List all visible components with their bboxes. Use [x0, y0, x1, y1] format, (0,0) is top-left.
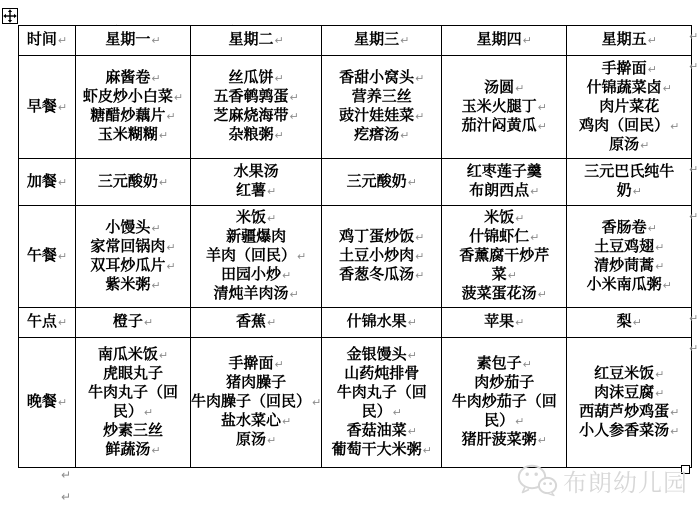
paragraph-mark-icon: ↵ — [538, 288, 547, 301]
menu-cell: 红枣莲子羹布朗西点↵ — [442, 159, 567, 206]
paragraph-mark-icon: ↵ — [275, 72, 284, 85]
paragraph-mark-icon: ↵ — [523, 34, 532, 47]
menu-row: 早餐↵麻酱卷↵虾皮炒小白菜↵糖醋炒藕片↵玉米糊糊↵丝瓜饼↵五香鹌鹑蛋↵芝麻烧海带… — [19, 56, 692, 159]
paragraph-mark-icon: ↵ — [166, 241, 175, 254]
menu-text: 麻酱卷 — [105, 70, 150, 86]
watermark-text: 布朗幼儿园 — [563, 463, 688, 498]
menu-text: 星期四 — [477, 32, 522, 48]
menu-text: 西葫芦炒鸡蛋 — [579, 404, 669, 420]
wechat-icon — [516, 464, 558, 498]
paragraph-mark-icon: ↵ — [166, 260, 175, 273]
paragraph-mark-icon: ↵ — [58, 101, 67, 114]
menu-text: 肉炒茄子 — [474, 375, 534, 391]
paragraph-mark-icon: ↵ — [670, 406, 679, 419]
menu-text: 田园小炒 — [221, 267, 281, 283]
paragraph-mark-icon: ↵ — [408, 316, 417, 329]
menu-text: 香菇油菜 — [347, 423, 407, 439]
menu-cell: 香甜小窝头↵营养三丝豉汁娃娃菜↵疙瘩汤↵ — [322, 56, 442, 159]
menu-cell: 什锦水果↵ — [322, 308, 442, 338]
paragraph-mark-icon: ↵ — [151, 72, 160, 85]
paragraph-mark-icon: ↵ — [515, 82, 524, 95]
paragraph-mark-icon: ↵ — [648, 34, 657, 47]
paragraph-mark-icon: ↵ — [290, 91, 299, 104]
paragraph-mark-icon: ↵ — [312, 396, 321, 409]
paragraph-mark-icon: ↵ — [648, 63, 657, 76]
menu-text: 梨 — [617, 314, 632, 330]
paragraph-mark-icon: ↵ — [633, 185, 642, 198]
paragraph-mark-icon: ↵ — [151, 279, 160, 292]
menu-text: 香肠卷 — [602, 220, 647, 236]
paragraph-mark-icon: ↵ — [58, 176, 67, 189]
paragraph-mark-icon: ↵ — [393, 406, 402, 419]
row-end-mark-icon: ↵ — [689, 342, 697, 355]
menu-text: 晚餐 — [27, 394, 57, 410]
menu-text: 清炖羊肉汤 — [214, 286, 289, 302]
paragraph-mark-icon: ↵ — [58, 250, 67, 263]
menu-text: 虎眼丸子 — [103, 366, 163, 382]
paragraph-mark-icon: ↵ — [144, 316, 153, 329]
menu-text: 小米南瓜粥 — [587, 277, 662, 293]
menu-text: 葡萄干大米粥 — [332, 442, 422, 458]
paragraph-mark-icon: ↵ — [415, 269, 424, 282]
menu-text: 牛肉丸子（回 — [337, 385, 427, 401]
menu-text: 汤圆 — [484, 80, 514, 96]
menu-text: 橙子 — [113, 314, 143, 330]
paragraph-mark-icon: ↵ — [523, 358, 532, 371]
menu-cell: 汤圆↵玉米火腿丁↵茄汁闷黄瓜↵ — [442, 56, 567, 159]
menu-text: 山药炖排骨 — [344, 366, 419, 382]
menu-text: 什锦虾仁 — [469, 229, 529, 245]
paragraph-mark-icon: ↵ — [663, 279, 672, 292]
menu-text: 红薯 — [236, 183, 266, 199]
paragraph-mark-icon: ↵ — [400, 34, 409, 47]
paragraph-mark-icon: ↵ — [670, 425, 679, 438]
menu-text: 清炒茼蒿 — [594, 258, 654, 274]
menu-text: 什锦水果 — [347, 314, 407, 330]
menu-text: 鸡肉（回民） — [579, 118, 669, 134]
paragraph-mark-icon: ↵ — [655, 260, 664, 273]
paragraph-mark-icon: ↵ — [648, 222, 657, 235]
menu-text: 家常回锅肉 — [90, 239, 165, 255]
paragraph-mark-icon: ↵ — [61, 490, 71, 504]
table-move-handle-icon[interactable] — [2, 8, 18, 24]
paragraph-mark-icon: ↵ — [670, 120, 679, 133]
menu-text: 三元酸奶 — [98, 174, 158, 190]
menu-text: 香蕉 — [236, 314, 266, 330]
menu-text: 营养三丝 — [352, 89, 412, 105]
menu-cell: 南瓜米饭↵虎眼丸子牛肉丸子（回民）↵炒素三丝鲜蔬汤↵ — [76, 338, 191, 468]
menu-table-head: 时间↵星期一↵星期二↵星期三↵星期四↵星期五↵ — [19, 26, 692, 56]
menu-text: 三元酸奶 — [347, 174, 407, 190]
menu-row: 加餐↵三元酸奶↵水果汤红薯↵三元酸奶↵红枣莲子羹布朗西点↵三元巴氏纯牛奶↵ — [19, 159, 692, 206]
menu-text: 米饭 — [484, 210, 514, 226]
menu-cell: 麻酱卷↵虾皮炒小白菜↵糖醋炒藕片↵玉米糊糊↵ — [76, 56, 191, 159]
menu-row: 午餐↵小馒头↵家常回锅肉↵双耳炒瓜片↵紫米粥↵米饭↵新疆爆肉羊肉（回民）↵田园小… — [19, 206, 692, 308]
row-label: 早餐↵ — [19, 56, 76, 159]
menu-text: 午点 — [27, 314, 57, 330]
menu-text: 虾皮炒小白菜 — [83, 89, 173, 105]
menu-cell: 橙子↵ — [76, 308, 191, 338]
paragraph-mark-icon: ↵ — [275, 129, 284, 142]
menu-text: 时间 — [27, 32, 57, 48]
paragraph-mark-icon: ↵ — [58, 396, 67, 409]
row-end-mark-icon: ↵ — [689, 210, 697, 223]
menu-text: 牛肉炒茄子（回 — [452, 394, 557, 410]
row-end-mark-icon: ↵ — [689, 312, 697, 325]
paragraph-mark-icon: ↵ — [408, 349, 417, 362]
paragraph-mark-icon: ↵ — [275, 358, 284, 371]
menu-cell: 素包子↵肉炒茄子牛肉炒茄子（回民）↵猪肝菠菜粥↵ — [442, 338, 567, 468]
paragraph-mark-icon: ↵ — [166, 110, 175, 123]
menu-text: 金银馒头 — [347, 347, 407, 363]
paragraph-mark-icon: ↵ — [159, 176, 168, 189]
menu-cell: 手擀面↵猪肉臊子牛肉臊子（回民）↵盐水菜心↵原汤↵ — [191, 338, 322, 468]
paragraph-mark-icon: ↵ — [400, 129, 409, 142]
menu-text: 小人参香菜汤 — [579, 423, 669, 439]
menu-text: 肉片菜花 — [599, 99, 659, 115]
paragraph-mark-icon: ↵ — [174, 91, 183, 104]
column-header-time: 时间↵ — [19, 26, 76, 56]
menu-text: 素包子 — [477, 356, 522, 372]
column-header-day: 星期三↵ — [322, 26, 442, 56]
menu-text: 小馒头 — [105, 220, 150, 236]
menu-cell: 梨↵ — [567, 308, 692, 338]
menu-text: 猪肝菠菜粥 — [462, 432, 537, 448]
paragraph-mark-icon: ↵ — [655, 241, 664, 254]
paragraph-mark-icon: ↵ — [530, 231, 539, 244]
menu-text: 双耳炒瓜片 — [90, 258, 165, 274]
paragraph-mark-icon: ↵ — [538, 101, 547, 114]
paragraph-mark-icon: ↵ — [655, 368, 664, 381]
menu-text: 民） — [362, 404, 392, 420]
menu-cell: 小馒头↵家常回锅肉↵双耳炒瓜片↵紫米粥↵ — [76, 206, 191, 308]
paragraph-mark-icon: ↵ — [61, 468, 71, 482]
menu-row: 晚餐↵南瓜米饭↵虎眼丸子牛肉丸子（回民）↵炒素三丝鲜蔬汤↵手擀面↵猪肉臊子牛肉臊… — [19, 338, 692, 468]
menu-text: 苹果 — [484, 314, 514, 330]
menu-text: 炒素三丝 — [103, 423, 163, 439]
menu-text: 牛肉臊子（回民） — [191, 394, 311, 410]
paragraph-mark-icon: ↵ — [297, 250, 306, 263]
menu-text: 鸡丁蛋炒饭 — [339, 229, 414, 245]
row-end-mark-icon: ↵ — [689, 30, 697, 43]
paragraph-mark-icon: ↵ — [151, 34, 160, 47]
menu-text: 民） — [484, 413, 514, 429]
paragraph-mark-icon: ↵ — [633, 316, 642, 329]
menu-text: 猪肉臊子 — [226, 375, 286, 391]
column-header-day: 星期四↵ — [442, 26, 567, 56]
menu-text: 香甜小窝头 — [339, 70, 414, 86]
column-header-day: 星期五↵ — [567, 26, 692, 56]
menu-text: 羊肉（回民） — [206, 248, 296, 264]
menu-text: 茄汁闷黄瓜 — [462, 118, 537, 134]
menu-text: 午餐 — [27, 248, 57, 264]
menu-text: 五香鹌鹑蛋 — [214, 89, 289, 105]
menu-text: 三元巴氏纯牛 — [584, 164, 674, 180]
menu-cell: 香蕉↵ — [191, 308, 322, 338]
header-row: 时间↵星期一↵星期二↵星期三↵星期四↵星期五↵ — [19, 26, 692, 56]
menu-text: 新疆爆肉 — [226, 229, 286, 245]
menu-text: 民） — [113, 404, 143, 420]
menu-text: 肉沫豆腐 — [594, 385, 654, 401]
menu-text: 杂粮粥 — [229, 127, 274, 143]
paragraph-mark-icon: ↵ — [538, 434, 547, 447]
paragraph-mark-icon: ↵ — [415, 72, 424, 85]
paragraph-mark-icon: ↵ — [515, 316, 524, 329]
menu-text: 红豆米饭 — [594, 366, 654, 382]
menu-cell: 米饭↵新疆爆肉羊肉（回民）↵田园小炒↵清炖羊肉汤↵ — [191, 206, 322, 308]
paragraph-mark-icon: ↵ — [159, 129, 168, 142]
row-end-mark-icon: ↵ — [689, 163, 697, 176]
menu-text: 玉米火腿丁 — [462, 99, 537, 115]
row-label: 午餐↵ — [19, 206, 76, 308]
menu-text: 星期二 — [229, 32, 274, 48]
menu-cell: 鸡丁蛋炒饭↵土豆小炒肉↵香葱冬瓜汤↵ — [322, 206, 442, 308]
menu-text: 早餐 — [27, 99, 57, 115]
menu-cell: 米饭↵什锦虾仁↵香薰腐干炒芹菜↵菠菜蛋花汤↵ — [442, 206, 567, 308]
paragraph-mark-icon: ↵ — [151, 222, 160, 235]
menu-text: 米饭 — [236, 210, 266, 226]
paragraph-mark-icon: ↵ — [415, 250, 424, 263]
watermark: 布朗幼儿园 — [516, 463, 688, 498]
menu-text: 土豆小炒肉 — [339, 248, 414, 264]
paragraph-mark-icon: ↵ — [267, 434, 276, 447]
row-label: 晚餐↵ — [19, 338, 76, 468]
paragraph-mark-icon: ↵ — [282, 269, 291, 282]
menu-cell: 苹果↵ — [442, 308, 567, 338]
menu-row: 午点↵橙子↵香蕉↵什锦水果↵苹果↵梨↵ — [19, 308, 692, 338]
paragraph-mark-icon: ↵ — [415, 110, 424, 123]
menu-text: 牛肉丸子（回 — [88, 385, 178, 401]
menu-text: 盐水菜心 — [221, 413, 281, 429]
menu-text: 原汤 — [236, 432, 266, 448]
paragraph-mark-icon: ↵ — [508, 269, 517, 282]
paragraph-mark-icon: ↵ — [290, 288, 299, 301]
menu-text: 布朗西点 — [469, 183, 529, 199]
menu-text: 菠菜蛋花汤 — [462, 286, 537, 302]
paragraph-mark-icon: ↵ — [151, 444, 160, 457]
paragraph-mark-icon: ↵ — [423, 444, 432, 457]
menu-text: 香葱冬瓜汤 — [339, 267, 414, 283]
menu-text: 原汤 — [609, 137, 639, 153]
menu-text: 水果汤 — [234, 164, 279, 180]
menu-text: 南瓜米饭 — [98, 347, 158, 363]
menu-text: 星期三 — [354, 32, 399, 48]
paragraph-mark-icon: ↵ — [663, 82, 672, 95]
paragraph-mark-icon: ↵ — [655, 387, 664, 400]
paragraph-mark-icon: ↵ — [415, 231, 424, 244]
menu-cell: 三元酸奶↵ — [76, 159, 191, 206]
menu-text: 星期一 — [105, 32, 150, 48]
paragraph-mark-icon: ↵ — [58, 34, 67, 47]
menu-text: 豉汁娃娃菜 — [339, 108, 414, 124]
paragraph-mark-icon: ↵ — [282, 415, 291, 428]
menu-cell: 手擀面↵什锦蔬菜卤↵肉片菜花鸡肉（回民）↵原汤↵ — [567, 56, 692, 159]
menu-text: 手擀面 — [602, 61, 647, 77]
paragraph-mark-icon: ↵ — [275, 34, 284, 47]
menu-text: 菜 — [492, 267, 507, 283]
menu-cell: 三元巴氏纯牛奶↵ — [567, 159, 692, 206]
menu-text: 土豆鸡翅 — [594, 239, 654, 255]
paragraph-mark-icon: ↵ — [515, 212, 524, 225]
row-label: 加餐↵ — [19, 159, 76, 206]
menu-cell: 香肠卷↵土豆鸡翅↵清炒茼蒿↵小米南瓜粥↵ — [567, 206, 692, 308]
row-label: 午点↵ — [19, 308, 76, 338]
paragraph-mark-icon: ↵ — [144, 406, 153, 419]
menu-cell: 红豆米饭↵肉沫豆腐↵西葫芦炒鸡蛋↵小人参香菜汤↵ — [567, 338, 692, 468]
menu-text: 红枣莲子羹 — [467, 164, 542, 180]
paragraph-mark-icon: ↵ — [159, 349, 168, 362]
menu-cell: 丝瓜饼↵五香鹌鹑蛋↵芝麻烧海带↵杂粮粥↵ — [191, 56, 322, 159]
row-end-mark-icon: ↵ — [689, 60, 697, 73]
paragraph-mark-icon: ↵ — [267, 185, 276, 198]
menu-cell: 金银馒头↵山药炖排骨牛肉丸子（回民）↵香菇油菜↵葡萄干大米粥↵ — [322, 338, 442, 468]
menu-text: 什锦蔬菜卤 — [587, 80, 662, 96]
paragraph-mark-icon: ↵ — [515, 415, 524, 428]
menu-text: 加餐 — [27, 174, 57, 190]
menu-text: 紫米粥 — [105, 277, 150, 293]
menu-text: 芝麻烧海带 — [214, 108, 289, 124]
paragraph-mark-icon: ↵ — [538, 120, 547, 133]
menu-text: 香薰腐干炒芹 — [459, 248, 549, 264]
menu-text: 鲜蔬汤 — [105, 442, 150, 458]
paragraph-mark-icon: ↵ — [640, 139, 649, 152]
menu-table: 时间↵星期一↵星期二↵星期三↵星期四↵星期五↵ 早餐↵麻酱卷↵虾皮炒小白菜↵糖醋… — [18, 25, 692, 468]
menu-text: 糖醋炒藕片 — [90, 108, 165, 124]
column-header-day: 星期二↵ — [191, 26, 322, 56]
paragraph-mark-icon: ↵ — [290, 110, 299, 123]
menu-text: 奶 — [617, 183, 632, 199]
paragraph-mark-icon: ↵ — [408, 176, 417, 189]
menu-cell: 水果汤红薯↵ — [191, 159, 322, 206]
menu-text: 疙瘩汤 — [354, 127, 399, 143]
menu-text: 手擀面 — [229, 356, 274, 372]
menu-text: 星期五 — [602, 32, 647, 48]
menu-text: 丝瓜饼 — [229, 70, 274, 86]
paragraph-mark-icon: ↵ — [408, 425, 417, 438]
paragraph-mark-icon: ↵ — [530, 185, 539, 198]
paragraph-mark-icon: ↵ — [267, 316, 276, 329]
column-header-day: 星期一↵ — [76, 26, 191, 56]
menu-cell: 三元酸奶↵ — [322, 159, 442, 206]
paragraph-mark-icon: ↵ — [58, 316, 67, 329]
menu-text: 玉米糊糊 — [98, 127, 158, 143]
menu-table-body: 早餐↵麻酱卷↵虾皮炒小白菜↵糖醋炒藕片↵玉米糊糊↵丝瓜饼↵五香鹌鹑蛋↵芝麻烧海带… — [19, 56, 692, 468]
paragraph-mark-icon: ↵ — [267, 212, 276, 225]
